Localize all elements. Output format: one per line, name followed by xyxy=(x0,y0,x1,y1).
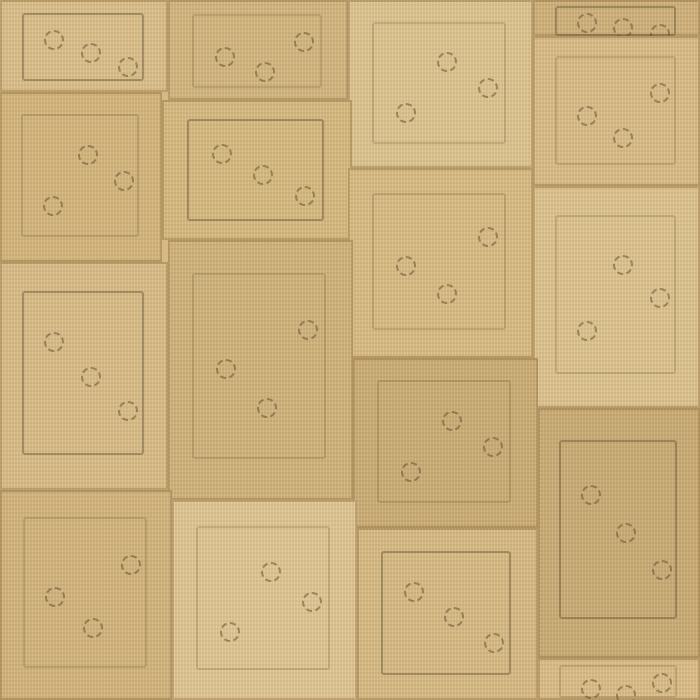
rug-patch xyxy=(162,100,352,240)
rug-patch xyxy=(0,490,172,700)
floral-motif xyxy=(43,196,63,216)
floral-motif xyxy=(78,145,98,165)
floral-motif xyxy=(577,106,597,126)
floral-motif xyxy=(121,555,141,575)
rug-patch xyxy=(353,358,538,528)
rug-patch xyxy=(533,186,700,408)
floral-motif xyxy=(44,30,64,50)
rug-patch xyxy=(0,262,168,490)
floral-motif xyxy=(581,679,601,699)
floral-motif xyxy=(81,367,101,387)
rug-patch xyxy=(538,408,700,658)
rug-patch xyxy=(348,168,533,358)
rug-patch xyxy=(0,92,162,262)
floral-motif xyxy=(118,401,138,421)
floral-motif xyxy=(652,560,672,580)
floral-motif xyxy=(616,685,636,700)
rug-patch xyxy=(348,0,533,168)
rug-patch xyxy=(533,36,700,186)
floral-motif xyxy=(437,284,457,304)
floral-motif xyxy=(215,47,235,67)
rug-patch xyxy=(168,0,348,100)
floral-motif xyxy=(483,437,503,457)
floral-motif xyxy=(45,587,65,607)
patchwork-rug-image xyxy=(0,0,700,700)
floral-motif xyxy=(478,227,498,247)
floral-motif xyxy=(295,186,315,206)
floral-motif xyxy=(616,523,636,543)
floral-motif xyxy=(577,13,597,33)
floral-motif xyxy=(302,592,322,612)
floral-motif xyxy=(650,288,670,308)
floral-motif xyxy=(577,321,597,341)
floral-motif xyxy=(298,320,318,340)
floral-motif xyxy=(257,398,277,418)
rug-patch xyxy=(172,500,357,700)
floral-motif xyxy=(118,57,138,77)
floral-motif xyxy=(396,103,416,123)
floral-motif xyxy=(404,582,424,602)
rug-patch xyxy=(538,658,700,700)
rug-patch xyxy=(357,528,538,700)
rug-border-motif xyxy=(192,273,326,459)
floral-motif xyxy=(484,633,504,653)
floral-motif xyxy=(83,618,103,638)
rug-border-motif xyxy=(555,56,676,165)
floral-motif xyxy=(581,485,601,505)
floral-motif xyxy=(396,256,416,276)
rug-border-motif xyxy=(372,193,506,330)
floral-motif xyxy=(255,62,275,82)
rug-patch xyxy=(0,0,168,92)
floral-motif xyxy=(114,171,134,191)
floral-motif xyxy=(652,673,672,693)
rug-border-motif xyxy=(23,517,147,668)
rug-patch xyxy=(533,0,700,36)
floral-motif xyxy=(442,411,462,431)
floral-motif xyxy=(478,78,498,98)
rug-patch xyxy=(168,240,353,500)
floral-motif xyxy=(613,255,633,275)
floral-motif xyxy=(212,144,232,164)
floral-motif xyxy=(261,562,281,582)
